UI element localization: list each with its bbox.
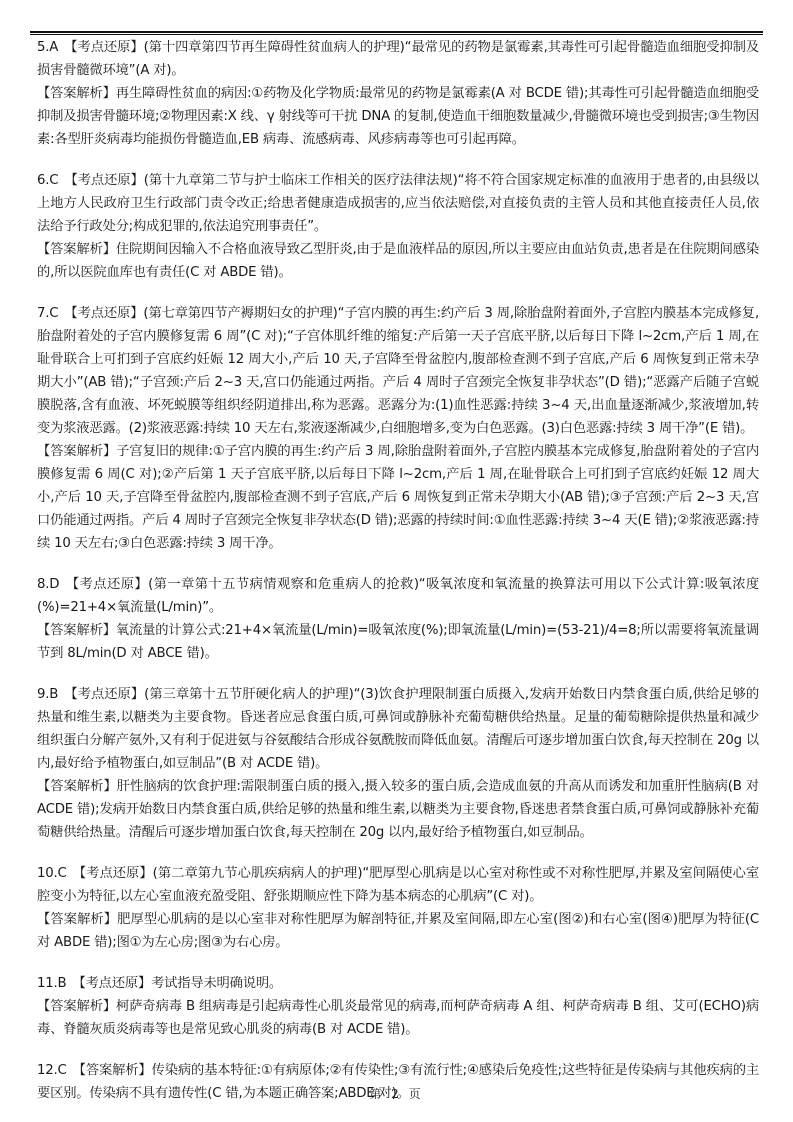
question-number: 7.C [37,306,58,321]
point-paragraph: 8.D【考点还原】(第一章第十五节病情观察和危重病人的抢救)“吸氧浓度和氧流量的… [37,573,759,619]
answer-item-11: 11.B【考点还原】考试指导未明确说明。 【答案解析】柯萨奇病毒 B 组病毒是引… [37,972,759,1041]
answer-item-10: 10.C【考点还原】(第二章第九节心肌疾病病人的护理)“肥厚型心肌病是以心室对称… [37,862,759,954]
analysis-label: 【答案解析】 [37,242,116,257]
point-label: 【考点还原】 [64,687,144,702]
point-paragraph: 9.B【考点还原】(第三章第十五节肝硬化病人的护理)“(3)饮食护理限制蛋白质摄… [37,683,759,775]
answer-item-5: 5.A【考点还原】(第十四章第四节再生障碍性贫血病人的护理)“最常见的药物是氯霉… [37,36,759,151]
analysis-paragraph: 【答案解析】住院期间因输入不合格血液导致乙型肝炎,由于是血液样品的原因,所以主要… [37,238,759,284]
point-text: 考试指导未明确说明。 [151,976,282,991]
page-number: 第 2 页 [0,1085,793,1102]
analysis-text: 肥厚型心肌病的是以心室非对称性肥厚为解剖特征,并累及室间隔,即左心室(图②)和右… [37,912,759,950]
point-paragraph: 5.A【考点还原】(第十四章第四节再生障碍性贫血病人的护理)“最常见的药物是氯霉… [37,36,759,82]
analysis-paragraph: 【答案解析】肥厚型心肌病的是以心室非对称性肥厚为解剖特征,并累及室间隔,即左心室… [37,908,759,954]
analysis-paragraph: 【答案解析】再生障碍性贫血的病因:①药物及化学物质:最常见的药物是氯霉素(A 对… [37,82,759,151]
point-paragraph: 7.C【考点还原】(第七章第四节产褥期妇女的护理)“子宫内膜的再生:约产后 3 … [37,302,759,440]
analysis-paragraph: 【答案解析】柯萨奇病毒 B 组病毒是引起病毒性心肌炎最常见的病毒,而柯萨奇病毒 … [37,995,759,1041]
point-paragraph: 10.C【考点还原】(第二章第九节心肌疾病病人的护理)“肥厚型心肌病是以心室对称… [37,862,759,908]
analysis-text: 再生障碍性贫血的病因:①药物及化学物质:最常见的药物是氯霉素(A 对 BCDE … [37,86,759,147]
point-label: 【考点还原】 [72,976,151,991]
analysis-text: 子宫复旧的规律:①子宫内膜的再生:约产后 3 周,除胎盘附着面外,子宫腔内膜基本… [37,444,759,551]
question-number: 8.D [37,577,59,592]
question-number: 6.C [37,173,58,188]
point-paragraph: 6.C【考点还原】(第十九章第二节与护士临床工作相关的医疗法律法规)“将不符合国… [37,169,759,238]
analysis-label: 【答案解析】 [37,912,117,927]
analysis-paragraph: 【答案解析】氧流量的计算公式:21+4×氧流量(L/min)=吸氧浓度(%);即… [37,619,759,665]
analysis-text: 住院期间因输入不合格血液导致乙型肝炎,由于是血液样品的原因,所以主要应由血站负责… [37,242,759,280]
analysis-label: 【答案解析】 [37,779,117,794]
analysis-label: 【答案解析】 [73,1063,152,1078]
point-paragraph: 11.B【考点还原】考试指导未明确说明。 [37,972,759,995]
question-number: 10.C [37,866,67,881]
answer-item-9: 9.B【考点还原】(第三章第十五节肝硬化病人的护理)“(3)饮食护理限制蛋白质摄… [37,683,759,844]
point-label: 【考点还原】 [73,866,153,881]
point-label: 【考点还原】 [64,306,143,321]
analysis-label: 【答案解析】 [37,86,116,101]
point-text: (第十四章第四节再生障碍性贫血病人的护理)“最常见的药物是氯霉素,其毒性可引起骨… [37,40,759,78]
document-page: 5.A【考点还原】(第十四章第四节再生障碍性贫血病人的护理)“最常见的药物是氯霉… [0,0,793,1122]
question-number: 11.B [37,976,66,991]
answer-item-8: 8.D【考点还原】(第一章第十五节病情观察和危重病人的抢救)“吸氧浓度和氧流量的… [37,573,759,665]
point-text: (第十九章第二节与护士临床工作相关的医疗法律法规)“将不符合国家规定标准的血液用… [37,173,759,234]
analysis-paragraph: 【答案解析】子宫复旧的规律:①子宫内膜的再生:约产后 3 周,除胎盘附着面外,子… [37,440,759,555]
point-text: (第三章第十五节肝硬化病人的护理)“(3)饮食护理限制蛋白质摄入,发病开始数日内… [37,687,759,771]
point-label: 【考点还原】 [64,173,143,188]
header-double-rule [30,31,763,35]
point-text: (第七章第四节产褥期妇女的护理)“子宫内膜的再生:约产后 3 周,除胎盘附着面外… [37,306,759,436]
answer-explanations: 5.A【考点还原】(第十四章第四节再生障碍性贫血病人的护理)“最常见的药物是氯霉… [37,36,759,1122]
answer-item-6: 6.C【考点还原】(第十九章第二节与护士临床工作相关的医疗法律法规)“将不符合国… [37,169,759,284]
question-number: 5.A [37,40,58,55]
question-number: 9.B [37,687,58,702]
analysis-text: 柯萨奇病毒 B 组病毒是引起病毒性心肌炎最常见的病毒,而柯萨奇病毒 A 组、柯萨… [37,999,759,1037]
point-label: 【考点还原】 [65,577,148,592]
question-number: 12.C [37,1063,67,1078]
analysis-paragraph: 【答案解析】肝性脑病的饮食护理:需限制蛋白质的摄入,摄入较多的蛋白质,会造成血氨… [37,775,759,844]
point-label: 【考点还原】 [64,40,143,55]
analysis-label: 【答案解析】 [37,999,116,1014]
answer-item-7: 7.C【考点还原】(第七章第四节产褥期妇女的护理)“子宫内膜的再生:约产后 3 … [37,302,759,555]
analysis-text: 肝性脑病的饮食护理:需限制蛋白质的摄入,摄入较多的蛋白质,会造成血氨的升高从而诱… [37,779,759,840]
analysis-label: 【答案解析】 [37,623,116,638]
analysis-text: 氧流量的计算公式:21+4×氧流量(L/min)=吸氧浓度(%);即氧流量(L/… [37,623,759,661]
analysis-label: 【答案解析】 [37,444,116,459]
